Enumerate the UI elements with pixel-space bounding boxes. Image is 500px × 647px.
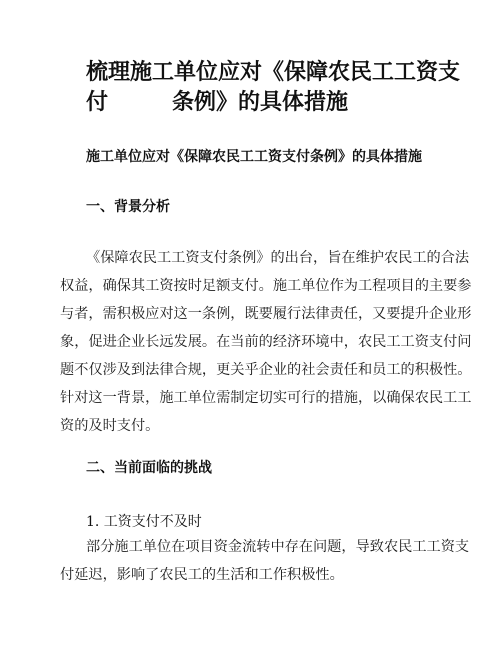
section-heading-challenges: 二、当前面临的挑战 <box>86 458 212 478</box>
paragraph-line: 与者，需积极应对这一条例，既要履行法律责任，又要提升企业形 <box>60 300 460 328</box>
document-subtitle: 施工单位应对《保障农民工工资支付条例》的具体措施 <box>86 147 422 167</box>
paragraph-line: 针对这一背景，施工单位需制定切实可行的措施，以确保农民工工 <box>60 384 460 412</box>
section-heading-background: 一、背景分析 <box>86 197 170 217</box>
paragraph-line: 题不仅涉及到法律合规，更关乎企业的社会责任和员工的积极性。 <box>60 356 460 384</box>
paragraph-line: 资的及时支付。 <box>60 412 460 440</box>
document-title-line-2: 条例》的具体措施 <box>172 88 472 118</box>
subsection-heading-late-payment: 1. 工资支付不及时 <box>86 512 202 532</box>
paragraph-line: 权益，确保其工资按时足额支付。施工单位作为工程项目的主要参 <box>60 272 460 300</box>
document-page: 梳理施工单位应对《保障农民工工资支付 条例》的具体措施 施工单位应对《保障农民工… <box>0 0 500 647</box>
paragraph-line: 付延迟，影响了农民工的生活和工作积极性。 <box>60 561 460 589</box>
late-payment-paragraph: 部分施工单位在项目资金流转中存在问题，导致农民工工资支 付延迟，影响了农民工的生… <box>60 533 460 589</box>
paragraph-line: 《保障农民工工资支付条例》的出台，旨在维护农民工的合法 <box>60 244 460 272</box>
background-paragraph: 《保障农民工工资支付条例》的出台，旨在维护农民工的合法 权益，确保其工资按时足额… <box>60 244 460 440</box>
paragraph-line: 象，促进企业长远发展。在当前的经济环境中，农民工工资支付问 <box>60 328 460 356</box>
paragraph-line: 部分施工单位在项目资金流转中存在问题，导致农民工工资支 <box>60 533 460 561</box>
